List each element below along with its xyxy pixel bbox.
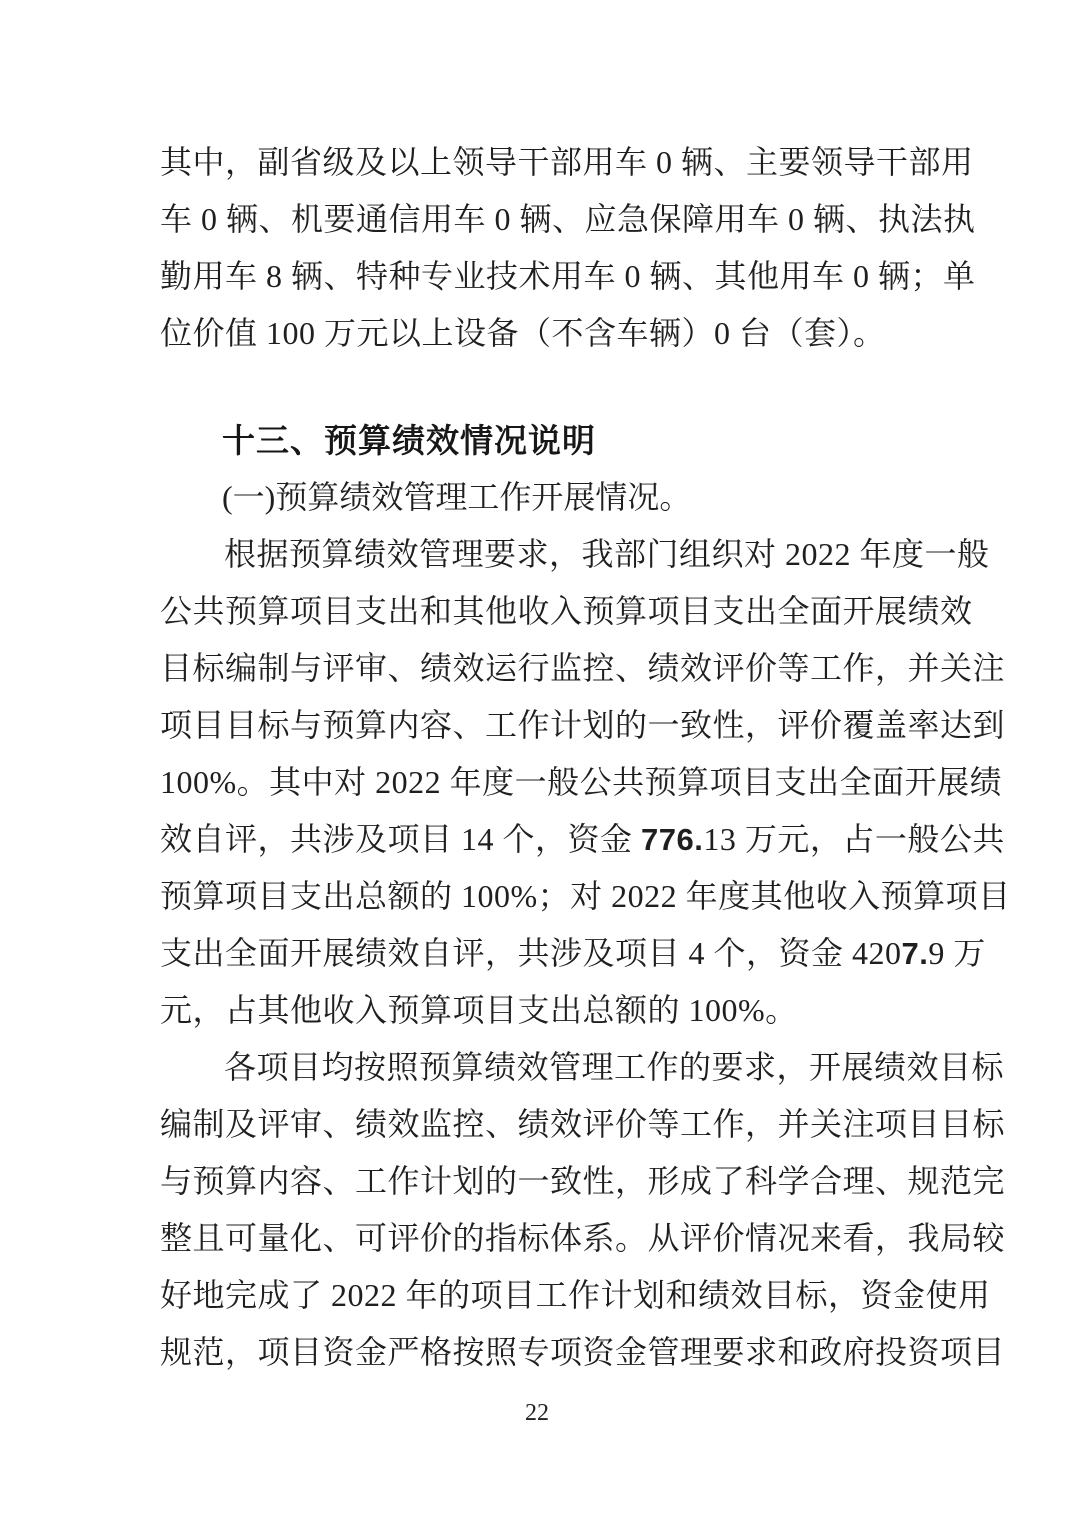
amount-bold-segment: 7.	[902, 936, 929, 971]
text-line: 其中，副省级及以上领导干部用车 0 辆、主要领导干部用	[160, 134, 915, 191]
text-line: 公共预算项目支出和其他收入预算项目支出全面开展绩效	[160, 583, 915, 640]
text-line: 100%。其中对 2022 年度一般公共预算项目支出全面开展绩	[160, 754, 915, 811]
text-line: 编制及评审、绩效监控、绩效评价等工作，并关注项目目标	[160, 1096, 915, 1153]
text-line: 预算项目支出总额的 100%；对 2022 年度其他收入预算项目	[160, 868, 915, 925]
text-line: 规范，项目资金严格按照专项资金管理要求和政府投资项目	[160, 1324, 915, 1381]
text-line: 好地完成了 2022 年的项目工作计划和绩效目标，资金使用	[160, 1267, 915, 1324]
page-number: 22	[0, 1398, 1074, 1428]
text-line: 目标编制与评审、绩效运行监控、绩效评价等工作，并关注	[160, 640, 915, 697]
text-line: 位价值 100 万元以上设备（不含车辆）0 台（套）。	[160, 305, 915, 362]
paragraph-project-evaluation: 各项目均按照预算绩效管理工作的要求，开展绩效目标 编制及评审、绩效监控、绩效评价…	[160, 1039, 915, 1381]
sub-heading: (一)预算绩效管理工作开展情况。	[160, 469, 915, 526]
section-heading: 十三、预算绩效情况说明	[160, 412, 915, 469]
document-page: 其中，副省级及以上领导干部用车 0 辆、主要领导干部用 车 0 辆、机要通信用车…	[0, 0, 1074, 1520]
text-line: 勤用车 8 辆、特种专业技术用车 0 辆、其他用车 0 辆；单	[160, 248, 915, 305]
text-segment: 效自评，共涉及项目 14 个，资金	[160, 821, 641, 857]
text-line: 整且可量化、可评价的指标体系。从评价情况来看，我局较	[160, 1210, 915, 1267]
text-line: 各项目均按照预算绩效管理工作的要求，开展绩效目标	[160, 1039, 915, 1096]
paragraph-vehicles: 其中，副省级及以上领导干部用车 0 辆、主要领导干部用 车 0 辆、机要通信用车…	[160, 134, 915, 362]
text-line: 车 0 辆、机要通信用车 0 辆、应急保障用车 0 辆、执法执	[160, 191, 915, 248]
text-segment: 9 万	[928, 935, 986, 971]
text-line: 元，占其他收入预算项目支出总额的 100%。	[160, 982, 915, 1039]
document-body: 其中，副省级及以上领导干部用车 0 辆、主要领导干部用 车 0 辆、机要通信用车…	[160, 134, 915, 1381]
text-segment: 13 万元，占一般公共	[703, 821, 1005, 857]
text-line-with-amount: 支出全面开展绩效自评，共涉及项目 4 个，资金 4207.9 万	[160, 925, 915, 982]
amount-bold-segment: 776.	[641, 822, 703, 857]
paragraph-performance-overview: 根据预算绩效管理要求，我部门组织对 2022 年度一般 公共预算项目支出和其他收…	[160, 526, 915, 1039]
text-line-with-amount: 效自评，共涉及项目 14 个，资金 776.13 万元，占一般公共	[160, 811, 915, 868]
text-line: 根据预算绩效管理要求，我部门组织对 2022 年度一般	[160, 526, 915, 583]
text-line: 项目目标与预算内容、工作计划的一致性，评价覆盖率达到	[160, 697, 915, 754]
text-line: 与预算内容、工作计划的一致性，形成了科学合理、规范完	[160, 1153, 915, 1210]
text-segment: 支出全面开展绩效自评，共涉及项目 4 个，资金 420	[160, 935, 902, 971]
